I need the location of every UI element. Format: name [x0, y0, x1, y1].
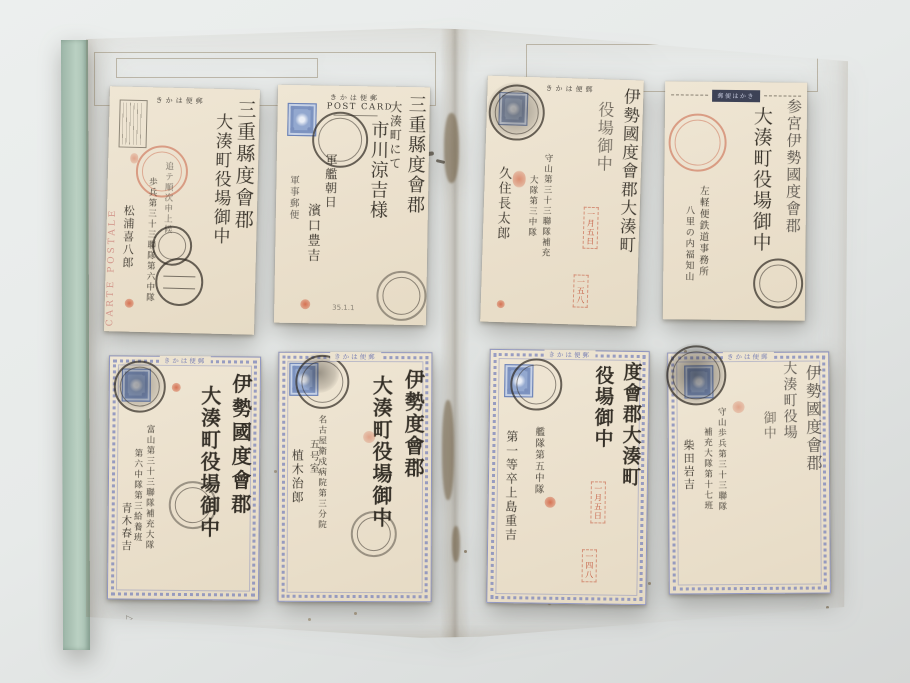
postmark-icon	[666, 345, 726, 405]
postcard-header-label: きかは便郵	[723, 352, 774, 361]
address-column: 伊勢國度會郡	[229, 373, 251, 517]
sender-name-column: 柴田岩吉	[683, 439, 695, 491]
stain	[442, 400, 454, 500]
address-column: 大湊町役場	[782, 361, 797, 441]
postmark-icon	[169, 481, 217, 529]
postmark-icon	[312, 111, 369, 168]
sender-column: 守山第三十三聯隊補充	[540, 153, 552, 258]
address-column: 御中	[761, 411, 774, 441]
postcard-3: きかは便郵 伊勢國度會郡大湊町 役場御中 守山第三十三聯隊補充 大隊第三中隊 久…	[480, 76, 644, 327]
album-page-spread: ▷ きかは便郵 CARTE POSTALE 三重縣度會郡 大湊町役場御中 追テ順…	[86, 28, 848, 644]
postcard-header-label: きかは便郵	[160, 356, 211, 365]
address-column: 大湊町にて	[388, 101, 401, 171]
sender-column: 八里の内福知山	[683, 205, 693, 282]
postcard-header-label: きかは便郵	[545, 83, 595, 95]
postcard-5: きかは便郵 伊勢國度會郡 大湊町役場御中 富山第三十三聯隊補充大隊 第六中隊第三…	[107, 355, 261, 600]
postcard-8: きかは便郵 伊勢國度會郡 大湊町役場 御中 守山歩兵第三十三聯隊 補充大隊第十七…	[667, 351, 831, 594]
header-band: 郵便はかき	[671, 89, 801, 101]
red-annotation: 一四八	[582, 549, 597, 582]
sender-column: 富山第三十三聯隊補充大隊	[144, 425, 154, 551]
postcard-header-label: きかは便郵	[544, 350, 595, 360]
address-column: 参宮伊勢國度會郡	[784, 99, 801, 235]
sender-column: 守山歩兵第三十三聯隊	[717, 407, 726, 512]
address-column: 大湊町役場御中	[370, 375, 391, 529]
sender-name-column: 青木春吉	[120, 502, 131, 552]
sender-name-column: 第一等卒上島重吉	[504, 430, 518, 542]
sender-name-column: 久住長太郎	[495, 166, 511, 241]
band-line	[671, 94, 708, 95]
red-annotation: 一月五日	[583, 207, 599, 249]
postcard-6: きかは便郵 伊勢度會郡 大湊町役場御中 名古屋衛戍病院第三分院 五号室 植木治郎	[278, 352, 433, 603]
sender-column: 大隊第三中隊	[527, 175, 538, 238]
sender-column: 第六中隊第三給養班	[132, 449, 141, 544]
stain	[444, 113, 459, 183]
sender-column: 補充大隊第十七班	[703, 427, 712, 511]
address-column: 伊勢度會郡	[403, 369, 424, 479]
red-annotation: 一月五日	[590, 481, 606, 523]
red-seal-icon	[172, 383, 181, 392]
postcard-2: きかは便郵 POST CARD 軍事郵便 三重縣度會郡 大湊町にて 市川涼吉様 …	[274, 85, 430, 326]
postmark-icon	[753, 258, 804, 309]
postcard-header-label: きかは便郵	[330, 352, 381, 361]
stain	[452, 526, 460, 562]
postmark-icon	[155, 257, 204, 306]
note-column: 追テ順次申上候	[162, 162, 172, 236]
address-column: 大湊町役場御中	[210, 113, 231, 246]
sender-column: 名古屋衛戍病院第三分院	[317, 415, 326, 531]
red-seal-icon	[125, 299, 134, 308]
red-seal-icon	[512, 170, 526, 187]
carte-postale-label: CARTE POSTALE	[105, 186, 118, 326]
postmark-icon	[376, 270, 427, 321]
sender-column: 艦隊第五中隊	[533, 427, 544, 496]
postcard-4: 郵便はかき 参宮伊勢國度會郡 大湊町役場御中 左軽便鉄道事務所 八里の内福知山	[663, 81, 807, 320]
band-line	[764, 95, 801, 96]
photo-background: ▷ きかは便郵 CARTE POSTALE 三重縣度會郡 大湊町役場御中 追テ順…	[0, 0, 910, 683]
address-column: 役場御中	[595, 101, 614, 173]
red-seal-icon	[497, 300, 505, 308]
album: ▷ きかは便郵 CARTE POSTALE 三重縣度會郡 大湊町役場御中 追テ順…	[0, 0, 910, 683]
postmark-icon	[488, 84, 546, 142]
postcard-header-label: きかは便郵	[156, 95, 206, 106]
postmark-icon	[295, 355, 349, 409]
postmark-icon	[114, 360, 166, 412]
address-column: 伊勢國度會郡	[804, 364, 821, 472]
album-spine	[61, 40, 90, 650]
sender-column: 五号室	[307, 439, 317, 475]
red-seal-icon	[363, 431, 375, 443]
pencil-date-note: 35.1.1	[332, 304, 354, 312]
address-column: 大湊町役場御中	[750, 106, 771, 253]
address-column: 三重縣度會郡	[232, 99, 255, 231]
address-column: 度會郡大湊町	[619, 362, 640, 488]
addressee-column: 市川涼吉様	[367, 120, 387, 220]
red-seal-icon	[300, 299, 310, 309]
sender-name-column: 濱口豊吉	[305, 203, 319, 263]
postmark-icon	[351, 511, 397, 557]
sender-column: 軍艦朝日	[324, 154, 337, 210]
printed-frame	[116, 58, 318, 78]
address-column: 伊勢國度會郡大湊町	[617, 88, 639, 255]
postcard-7: きかは便郵 度會郡大湊町 役場御中 艦隊第五中隊 第一等卒上島重吉 一月五日 一…	[486, 349, 650, 605]
red-annotation: 一五八	[573, 274, 589, 307]
sender-name-column: 松浦喜八郎	[122, 205, 135, 270]
pencil-mark: ▷	[126, 614, 133, 624]
red-postmark-icon	[135, 145, 188, 198]
sender-column: 左軽便鉄道事務所	[697, 186, 708, 278]
sender-name-column: 植木治郎	[291, 449, 303, 505]
postcard-1: きかは便郵 CARTE POSTALE 三重縣度會郡 大湊町役場御中 追テ順次申…	[104, 86, 260, 335]
address-column: 役場御中	[592, 365, 613, 449]
red-seal-icon	[130, 153, 138, 164]
military-mail-label: 軍事郵便	[288, 175, 298, 221]
red-seal-icon	[732, 401, 744, 413]
band-panel-label: 郵便はかき	[712, 89, 760, 101]
address-column: 三重縣度會郡	[404, 95, 424, 215]
instruction-box	[119, 99, 148, 148]
red-postmark-icon	[668, 113, 727, 172]
